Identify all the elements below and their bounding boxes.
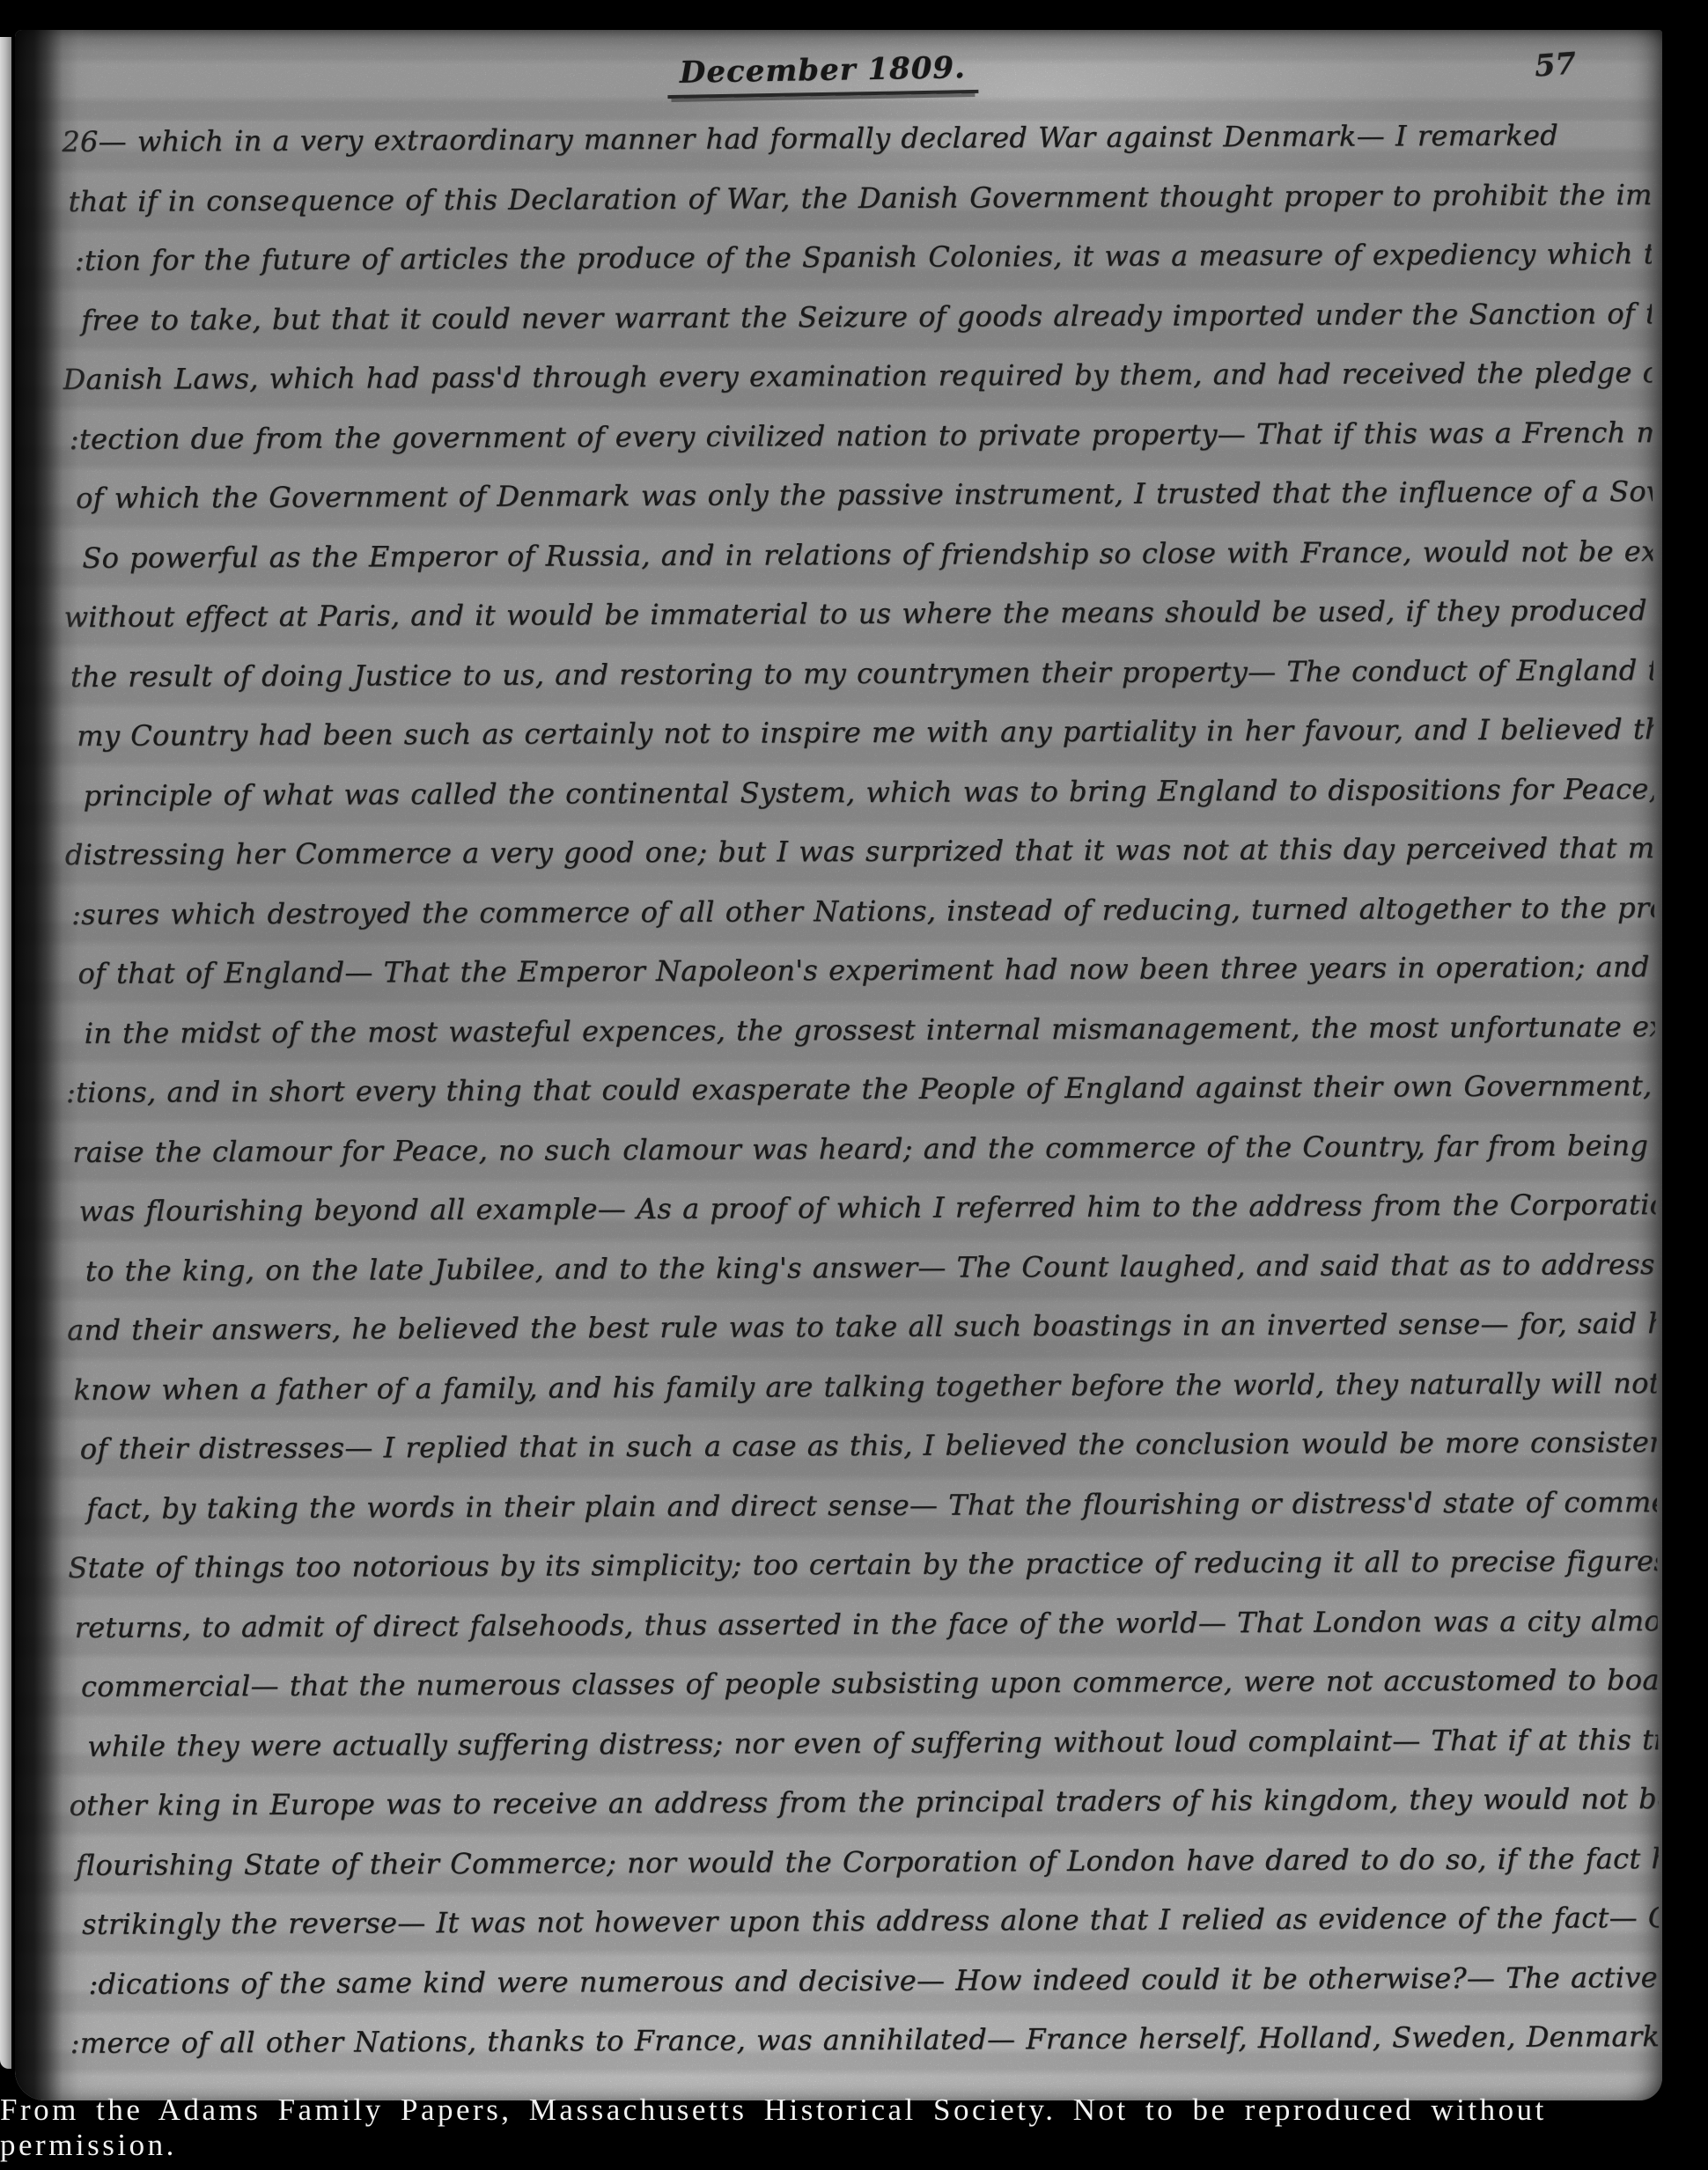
page-heading: December 1809. [667,50,979,99]
manuscript-line: of that of England— That the Emperor Nap… [65,950,1654,1016]
manuscript-line: flourishing State of their Commerce; nor… [70,1842,1659,1908]
manuscript-line: know when a father of a family, and his … [67,1366,1656,1432]
manuscript-line: while they were actually suffering distr… [69,1723,1658,1789]
manuscript-text: 26— which in a very extraordinary manner… [62,118,1660,2069]
heading-row: December 1809. [15,53,1662,96]
manuscript-line: fact, by taking the words in their plain… [68,1485,1657,1551]
manuscript-page: 57 December 1809. 26— which in a very ex… [15,30,1662,2100]
manuscript-line: returns, to admit of direct falsehoods, … [69,1604,1658,1670]
manuscript-line: of which the Government of Denmark was o… [63,474,1653,541]
manuscript-scan: 57 December 1809. 26— which in a very ex… [0,0,1708,2170]
manuscript-line: was flourishing beyond all example— As a… [66,1188,1655,1254]
manuscript-line: State of things too notorious by its sim… [68,1544,1657,1610]
manuscript-line: of their distresses— I replied that in s… [68,1425,1657,1491]
manuscript-line: :tion for the future of articles the pro… [63,237,1652,303]
binding-shadow [15,30,94,2100]
manuscript-line: strikingly the reverse— It was not howev… [70,1901,1659,1967]
manuscript-line: that if in consequence of this Declarati… [62,178,1651,244]
manuscript-line: principle of what was called the contine… [64,772,1653,838]
manuscript-line: other king in Europe was to receive an a… [69,1782,1658,1848]
manuscript-line: :merce of all other Nations, thanks to F… [70,2019,1660,2069]
manuscript-line: free to take, but that it could never wa… [63,297,1652,363]
manuscript-line: So powerful as the Emperor of Russia, an… [63,534,1653,600]
manuscript-line: :dications of the same kind were numerou… [70,1960,1659,2027]
manuscript-line: Danish Laws, which had pass'd through ev… [63,356,1652,422]
manuscript-line: without effect at Paris, and it would be… [64,593,1653,659]
manuscript-line: :sures which destroyed the commerce of a… [65,891,1654,957]
manuscript-line: :tions, and in short every thing that co… [66,1069,1655,1135]
manuscript-line: raise the clamour for Peace, no such cla… [66,1129,1655,1195]
manuscript-line: my Country had been such as certainly no… [64,712,1653,778]
manuscript-line: distressing her Commerce a very good one… [65,831,1654,897]
credit-text: From the Adams Family Papers, Massachuse… [0,2093,1708,2163]
manuscript-line: 26— which in a very extraordinary manner… [62,118,1651,184]
manuscript-line: commercial— that the numerous classes of… [69,1663,1658,1729]
manuscript-line: :tection due from the government of ever… [63,416,1653,482]
manuscript-line: in the midst of the most wasteful expenc… [66,1010,1655,1076]
adjacent-page-edge [0,37,11,2069]
manuscript-line: the result of doing Justice to us, and r… [64,653,1653,719]
credit-bar: From the Adams Family Papers, Massachuse… [0,2100,1708,2170]
manuscript-line: and their answers, he believed the best … [67,1306,1656,1372]
manuscript-line: to the king, on the late Jubilee, and to… [67,1247,1656,1313]
